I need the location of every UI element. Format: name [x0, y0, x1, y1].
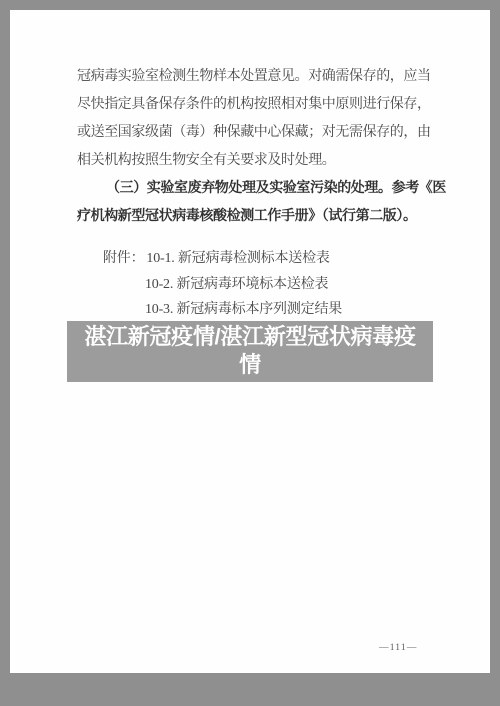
title-banner-text-line: 情 — [67, 351, 433, 379]
attachments-label: 附件： — [103, 251, 144, 266]
attachment-row: 10-2. 新冠病毒环境标本送检表 — [145, 273, 328, 293]
attachment-row: 10-3. 新冠病毒标本序列测定结果 — [145, 298, 342, 318]
document-page: 冠病毒实验室检测生物样本处置意见。对确需保存的，应当 尽快指定具备保存条件的机构… — [10, 10, 490, 673]
section-heading-line: 疗机构新型冠状病毒核酸检测工作手册》（试行第二版）。 — [77, 205, 417, 225]
attachment-item: 10-3. 新冠病毒标本序列测定结果 — [145, 302, 342, 317]
body-text-line: 尽快指定具备保存条件的机构按照相对集中原则进行保存， — [77, 93, 431, 113]
body-text-line: 冠病毒实验室检测生物样本处置意见。对确需保存的，应当 — [77, 65, 431, 85]
page-number: —111— — [379, 643, 459, 653]
attachment-item: 10-2. 新冠病毒环境标本送检表 — [145, 277, 328, 292]
attachment-item: 10-1. 新冠病毒检测标本送检表 — [146, 251, 329, 266]
body-text-line: 相关机构按照生物安全有关要求及时处理。 — [77, 149, 335, 169]
section-heading-line: （三）实验室废弃物处理及实验室污染的处理。参考《医 — [106, 177, 446, 197]
title-banner: 湛江新冠疫情/湛江新型冠状病毒疫 情 — [67, 321, 433, 382]
scanned-image-frame: 冠病毒实验室检测生物样本处置意见。对确需保存的，应当 尽快指定具备保存条件的机构… — [0, 0, 500, 706]
attachment-row: 附件：10-1. 新冠病毒检测标本送检表 — [103, 247, 330, 267]
body-text-line: 或送至国家级菌（毒）种保藏中心保藏；对无需保存的，由 — [77, 121, 431, 141]
title-banner-text-line: 湛江新冠疫情/湛江新型冠状病毒疫 — [67, 323, 433, 351]
